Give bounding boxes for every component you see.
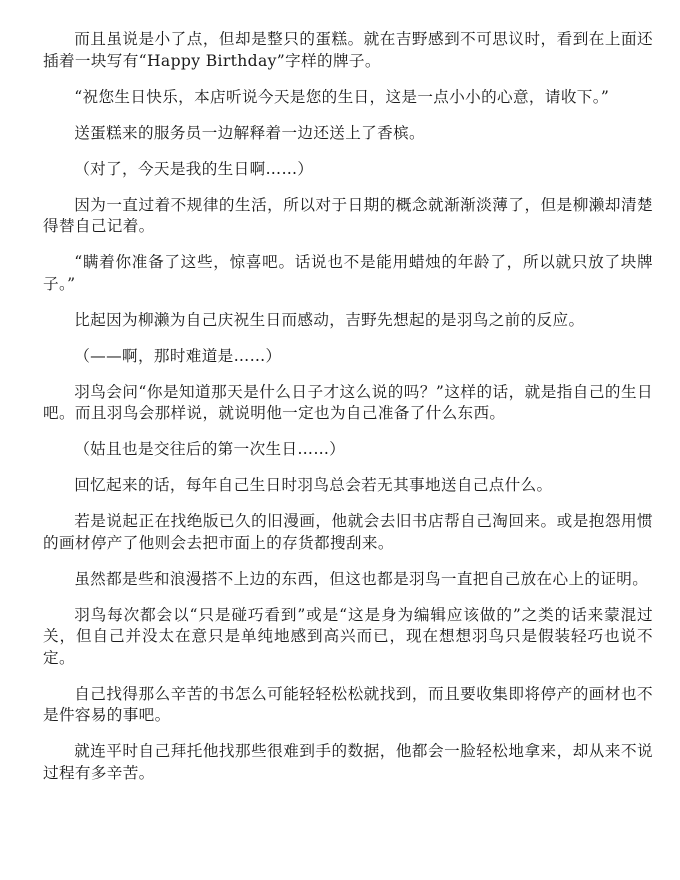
document-page: 而且虽说是小了点，但却是整只的蛋糕。就在吉野感到不可思议时，看到在上面还插着一块… bbox=[43, 29, 653, 799]
paragraph-never-complains: 就连平时自己拜托他找那些很难到手的数据，他都会一脸轻松地拿来，却从来不说过程有多… bbox=[43, 741, 653, 784]
paragraph-thought-first-birthday: （姑且也是交往后的第一次生日……） bbox=[43, 439, 653, 461]
paragraph-champagne: 送蛋糕来的服务员一边解释着一边还送上了香槟。 bbox=[43, 123, 653, 145]
paragraph-hatori-reaction: 比起因为柳濑为自己庆祝生日而感动，吉野先想起的是羽鸟之前的反应。 bbox=[43, 310, 653, 332]
paragraph-waiter-greeting: “祝您生日快乐，本店听说今天是您的生日，这是一点小小的心意，请收下。” bbox=[43, 87, 653, 109]
paragraph-irregular-life: 因为一直过着不规律的生活，所以对于日期的概念就渐渐淡薄了，但是柳濑却清楚得替自己… bbox=[43, 195, 653, 238]
paragraph-cake-sign: 而且虽说是小了点，但却是整只的蛋糕。就在吉野感到不可思议时，看到在上面还插着一块… bbox=[43, 29, 653, 72]
paragraph-proof: 虽然都是些和浪漫搭不上边的东西，但这也都是羽鸟一直把自己放在心上的证明。 bbox=[43, 569, 653, 591]
paragraph-memories: 回忆起来的话，每年自己生日时羽鸟总会若无其事地送自己点什么。 bbox=[43, 475, 653, 497]
paragraph-yanase-surprise: “瞒着你准备了这些，惊喜吧。话说也不是能用蜡烛的年龄了，所以就只放了块牌子。” bbox=[43, 252, 653, 295]
paragraph-hatori-question: 羽鸟会问“你是知道那天是什么日子才这么说的吗？”这样的话，就是指自己的生日吧。而… bbox=[43, 382, 653, 425]
paragraph-thought-realization: （——啊，那时难道是……） bbox=[43, 346, 653, 368]
paragraph-thought-birthday: （对了，今天是我的生日啊……） bbox=[43, 159, 653, 181]
paragraph-hard-to-find: 自己找得那么辛苦的书怎么可能轻轻松松就找到，而且要收集即将停产的画材也不是件容易… bbox=[43, 684, 653, 727]
paragraph-excuses: 羽鸟每次都会以“只是碰巧看到”或是“这是身为编辑应该做的”之类的话来蒙混过关，但… bbox=[43, 605, 653, 670]
paragraph-manga-materials: 若是说起正在找绝版已久的旧漫画，他就会去旧书店帮自己淘回来。或是抱怨用惯的画材停… bbox=[43, 511, 653, 554]
